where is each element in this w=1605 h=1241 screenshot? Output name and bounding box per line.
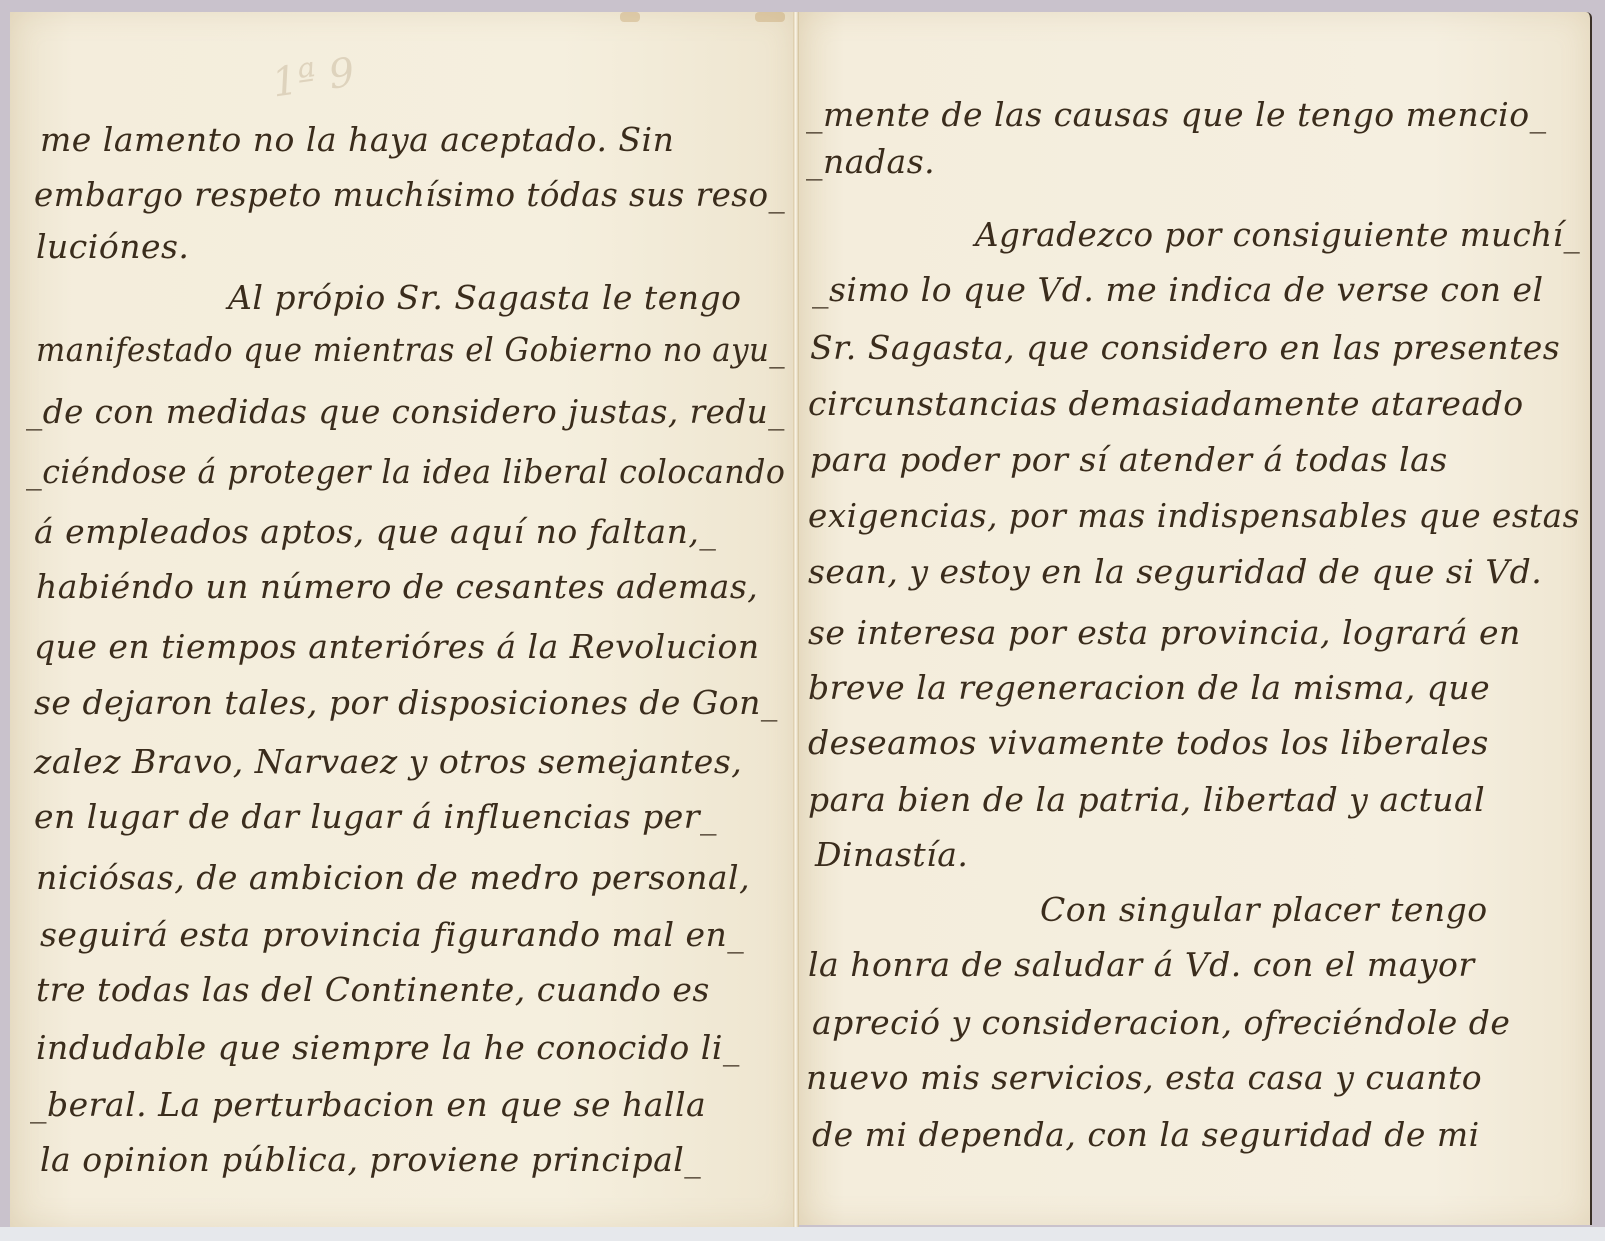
left-line: seguirá esta provincia figurando mal en_ bbox=[40, 915, 744, 954]
right-line: exigencias, por mas indispensables que e… bbox=[808, 496, 1580, 535]
right-line: de mi dependa, con la seguridad de mi bbox=[812, 1115, 1480, 1154]
left-line: habiéndo un número de cesantes ademas, bbox=[36, 567, 758, 606]
left-line: zalez Bravo, Narvaez y otros semejantes, bbox=[34, 742, 742, 781]
left-line: manifestado que mientras el Gobierno no … bbox=[36, 330, 785, 369]
right-line: la honra de saludar á Vd. con el mayor bbox=[808, 945, 1475, 984]
page-fold bbox=[793, 12, 799, 1227]
stain bbox=[620, 12, 640, 22]
right-line: Agradezco por consiguiente muchí_ bbox=[975, 215, 1580, 254]
left-line: á empleados aptos, que aquí no faltan,_ bbox=[34, 512, 716, 551]
right-line: deseamos vivamente todos los liberales bbox=[808, 723, 1489, 762]
right-line: apreció y consideracion, ofreciéndole de bbox=[812, 1003, 1510, 1042]
left-line: se dejaron tales, por disposiciones de G… bbox=[34, 683, 778, 722]
right-line: para bien de la patria, libertad y actua… bbox=[808, 780, 1485, 819]
right-line: Dinastía. bbox=[815, 835, 968, 874]
right-line: nuevo mis servicios, esta casa y cuanto bbox=[806, 1058, 1482, 1097]
right-line: Sr. Sagasta, que considero en las presen… bbox=[810, 328, 1560, 367]
left-line: en lugar de dar lugar á influencias per_ bbox=[34, 797, 717, 836]
right-line: breve la regeneracion de la misma, que bbox=[808, 668, 1490, 707]
left-line: que en tiempos anterióres á la Revolucio… bbox=[34, 627, 760, 666]
right-line: se interesa por esta provincia, logrará … bbox=[808, 613, 1521, 652]
right-line: _simo lo que Vd. me indica de verse con … bbox=[812, 270, 1544, 309]
right-line: _nadas. bbox=[806, 142, 935, 181]
left-line: _ciéndose á proteger la idea liberal col… bbox=[26, 452, 785, 491]
scan-background-strip bbox=[0, 1227, 1605, 1241]
left-line: tre todas las del Continente, cuando es bbox=[36, 970, 710, 1009]
left-line: Al própio Sr. Sagasta le tengo bbox=[228, 278, 741, 317]
left-line: embargo respeto muchísimo tódas sus reso… bbox=[34, 175, 785, 214]
left-line: indudable que siempre la he conocido li_ bbox=[36, 1028, 740, 1067]
right-line: circunstancias demasiadamente atareado bbox=[808, 384, 1524, 423]
right-line: sean, y estoy en la seguridad de que si … bbox=[808, 552, 1542, 591]
right-line: Con singular placer tengo bbox=[1040, 890, 1488, 929]
right-line: _mente de las causas que le tengo mencio… bbox=[806, 95, 1547, 134]
left-line: luciónes. bbox=[36, 227, 189, 266]
left-line: la opinion pública, proviene principal_ bbox=[40, 1140, 701, 1179]
stain bbox=[755, 12, 785, 22]
left-line: me lamento no la haya aceptado. Sin bbox=[40, 120, 674, 159]
left-line: _de con medidas que considero justas, re… bbox=[26, 392, 785, 431]
right-line: para poder por sí atender á todas las bbox=[810, 440, 1448, 479]
left-line: _beral. La perturbacion en que se halla bbox=[30, 1085, 706, 1124]
left-line: niciósas, de ambicion de medro personal, bbox=[36, 858, 750, 897]
